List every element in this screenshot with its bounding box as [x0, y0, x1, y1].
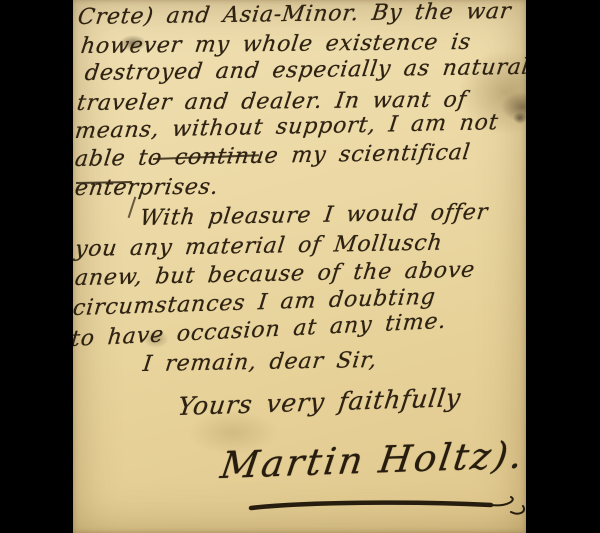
letter-line: I remain, dear Sir,	[141, 348, 378, 377]
letter-line: able to continue my scientifical	[73, 140, 472, 172]
letter-line: With pleasure I would offer	[138, 200, 489, 231]
letter-line: Crete) and Asia-Minor. By the war	[76, 0, 512, 30]
letter-line: however my whole existence is	[79, 30, 472, 59]
letter-paper: Crete) and Asia-Minor. By the war howeve…	[73, 0, 526, 533]
ink-blot	[513, 112, 526, 124]
letter-line: enterprises.	[73, 175, 220, 201]
letter-line: destroyed and especially as naturalist	[83, 54, 526, 86]
signature: Martin Holtz).	[218, 433, 526, 487]
scanned-letter-image: Crete) and Asia-Minor. By the war howeve…	[0, 0, 600, 533]
letter-closing-line: Yours very faithfully	[176, 383, 463, 421]
signature-flourish-underline	[245, 494, 526, 520]
letter-line: you any material of Mollusch	[73, 231, 444, 262]
paper-stain	[501, 92, 526, 122]
